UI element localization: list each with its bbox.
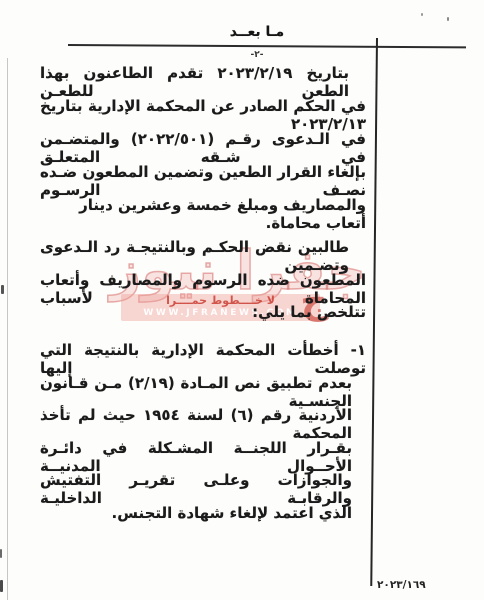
body-line: المطعون ضده الرسوم والمصاريف وأتعاب المح… [40,271,366,297]
body-line: بإلغاء القرار الطعين وتضمين المطعون ضـده… [40,163,366,189]
body-line: في الحكم الصادر عن المحكمة الإدارية بتار… [40,97,366,123]
body-line: تتلخص بما يلي: [40,303,366,329]
document-page: مـا بعــد -٢- جفرا نيوز لا خــــطوط حمــ… [0,0,484,600]
body-line: الذي اعتمد لإلغاء شهادة التجنس. [40,504,352,530]
body-line: ١- أخطأت المحكمة الإدارية بالنتيجة التي … [40,341,366,367]
body-line: في الـدعوى رقـم (٢٠٢٢/٥٠١) والمتضـمن في … [40,130,366,156]
body-line: طالبين نقض الحكـم وبالنتيجـة رد الـدعوى … [40,238,349,264]
body-line: بتاريخ ٢٠٢٣/٢/١٩ تقدم الطاعنون بهذا الطع… [40,64,349,90]
body-line: الأردنية رقم (٦) لسنة ١٩٥٤ حيث لم تأخذ ا… [40,406,352,432]
body-text: بتاريخ ٢٠٢٣/٢/١٩ تقدم الطاعنون بهذا الطع… [0,0,484,600]
body-line: والجوازات وعلـى تقريـر التفتيش والرقابـة… [40,471,352,497]
body-line: بقـرار اللجنــة المشـكلة في دائـرة الأحـ… [40,439,352,465]
body-line: والمصاريف ومبلغ خمسة وعشرين دينار أتعاب … [40,196,366,222]
body-line: بعدم تطبيق نص المـادة (٢/١٩) مـن قـانون … [40,374,352,400]
